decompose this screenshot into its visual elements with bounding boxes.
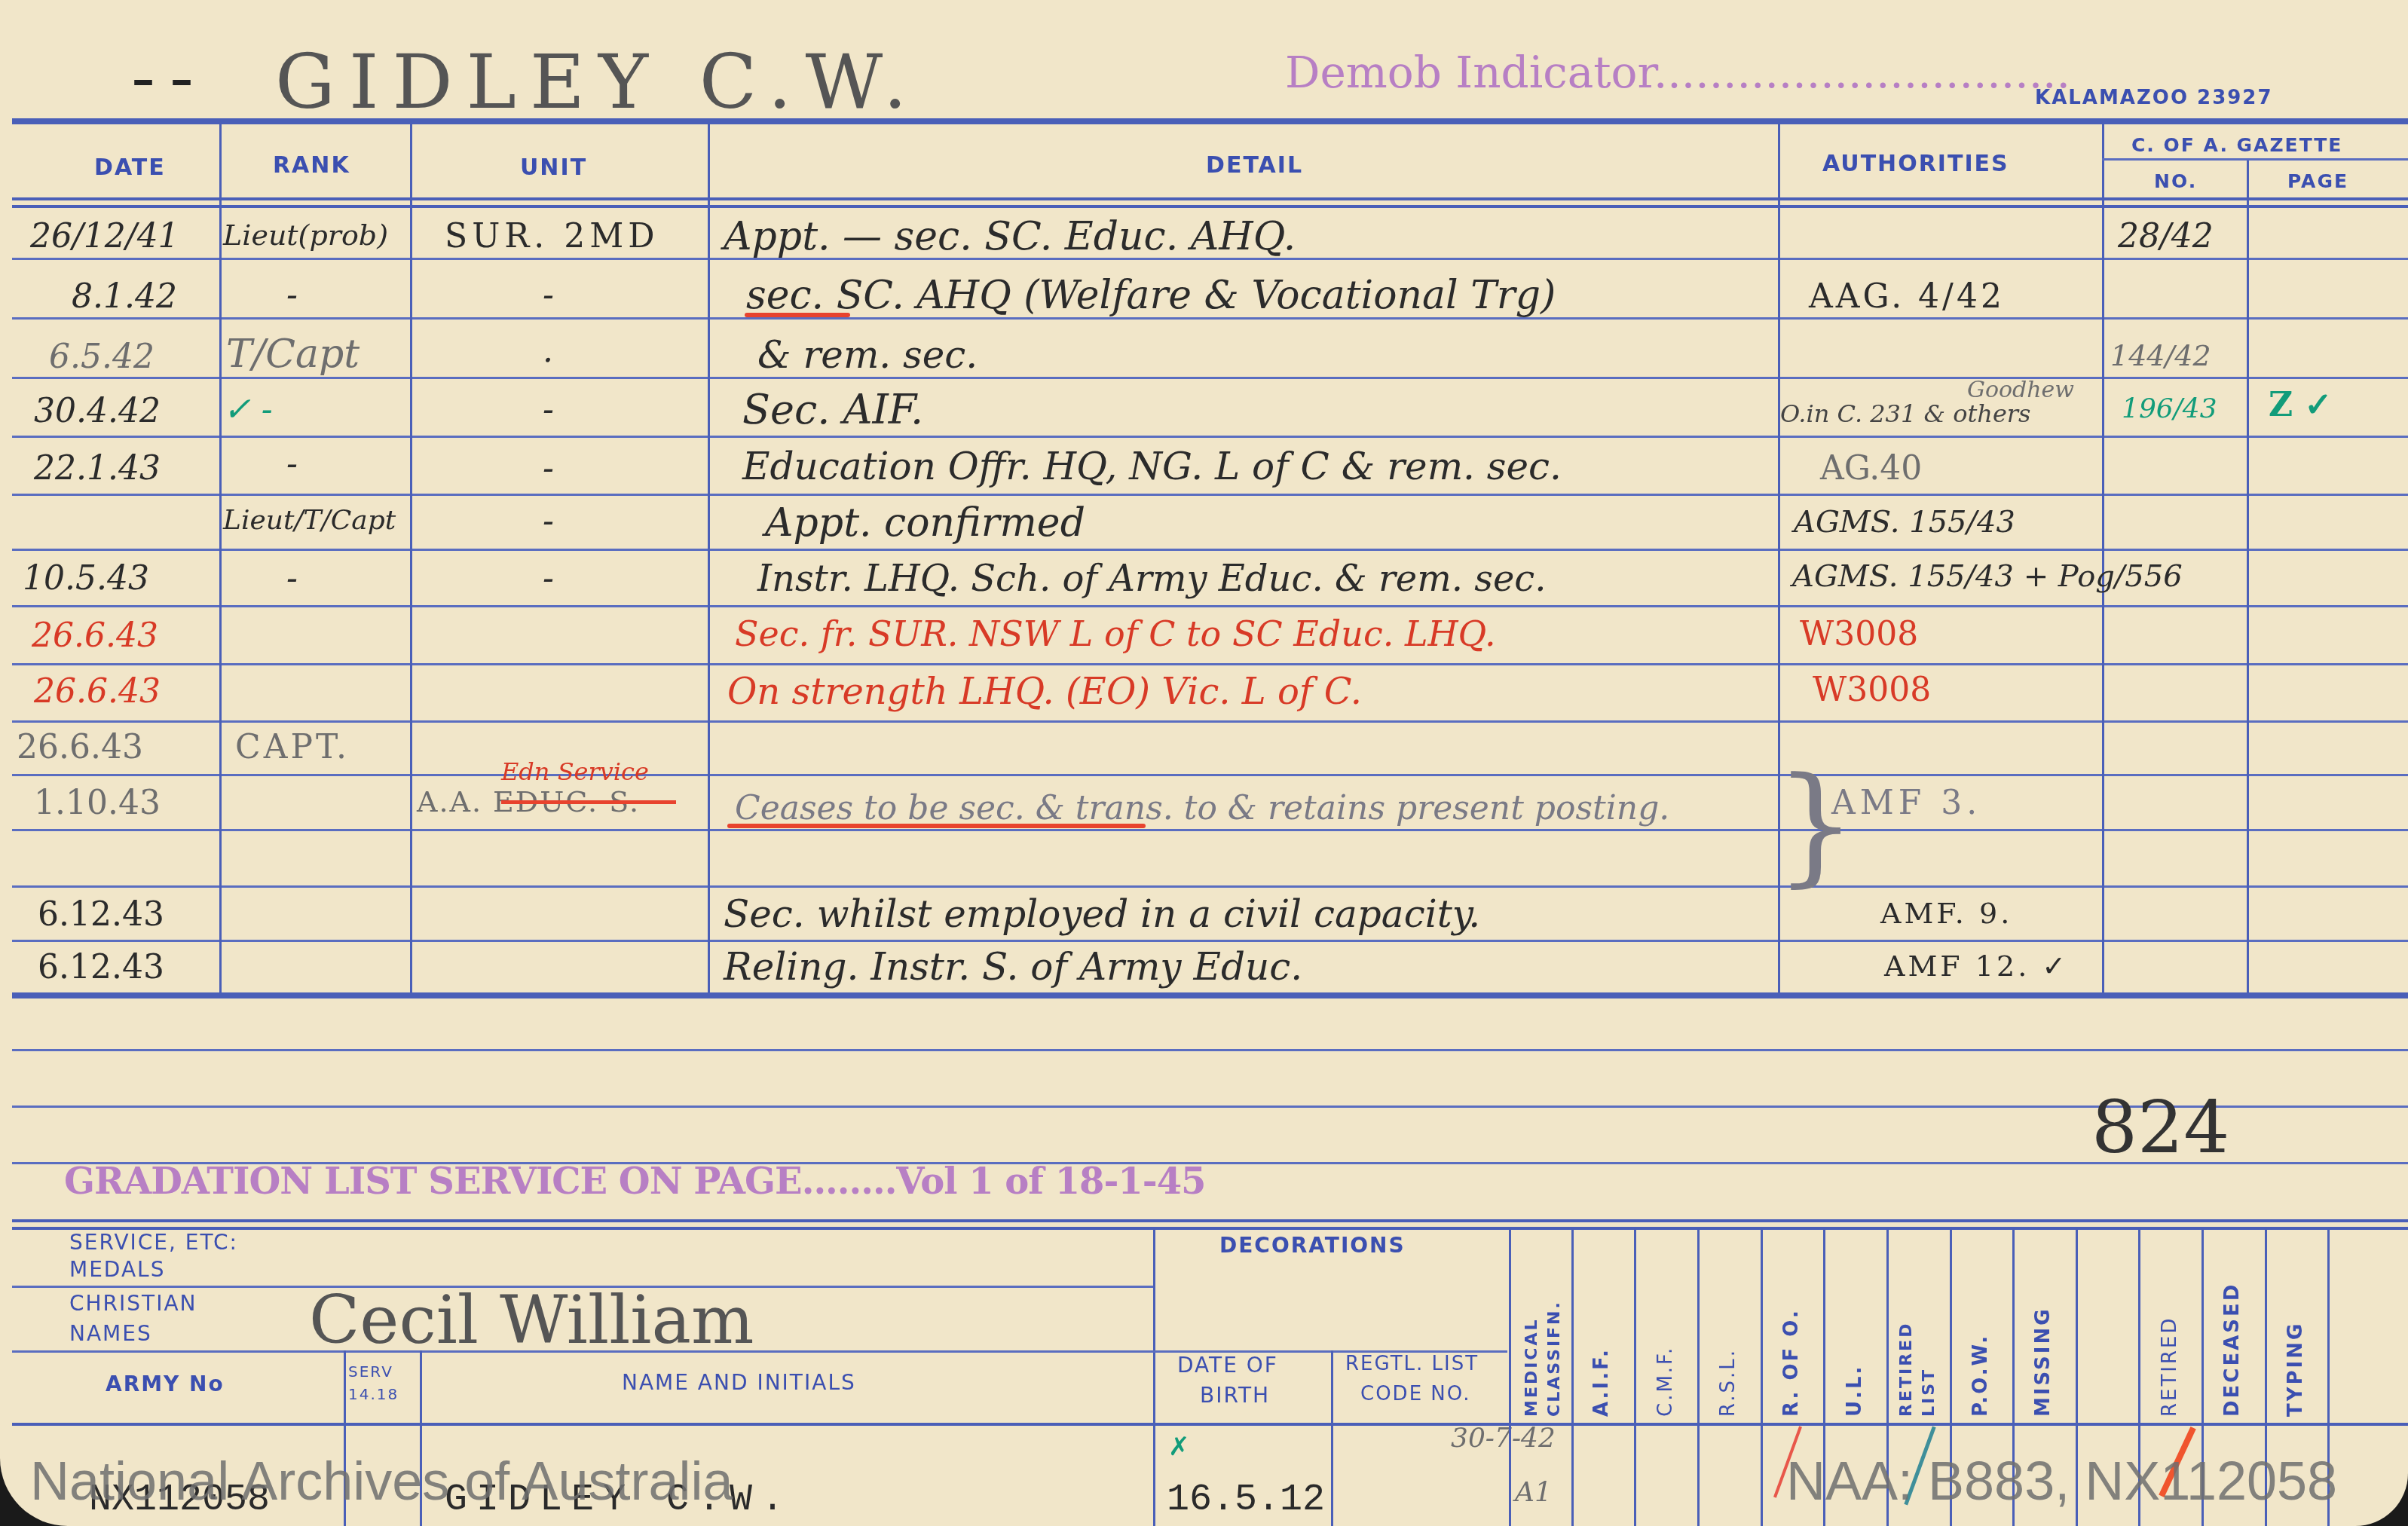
row-10-date: 26.6.43 [17,728,143,766]
row-line [12,494,2408,496]
row-13-date: 6.12.43 [38,948,164,986]
footer-value-line [12,1423,2408,1426]
gradation-list-stamp: GRADATION LIST SERVICE ON PAGE........Vo… [64,1161,1205,1203]
status-aif: A.I.F. [1590,1319,1613,1417]
table-bottom-border [12,992,2408,998]
row-1-date: 26/12/41 [30,217,179,255]
footer-divider-decorations [1153,1228,1155,1526]
header-gazette-page: PAGE [2287,170,2348,192]
demob-indicator-stamp: Demob Indicator.........................… [1285,47,2070,98]
status-deceased: DECEASED [2221,1263,2244,1417]
status-r-of-o: R. OF O. [1780,1296,1803,1417]
row-2-date: 8.1.42 [72,277,177,316]
header-bottom-line-2 [12,205,2408,208]
row-11-unit-correction: Edn Service [501,757,649,786]
row-11-bracket: } [1775,761,1856,889]
label-medals: MEDALS [69,1257,165,1282]
row-5-detail: Education Offr. HQ, NG. L of C & rem. se… [742,445,1562,488]
header-detail: DETAIL [1206,152,1303,179]
row-5-unit: - [543,449,554,488]
row-6-detail: Appt. confirmed [765,500,1085,546]
row-4-authority-note: Goodhew [1967,377,2074,403]
row-3-gazette-no: 144/42 [2110,339,2211,372]
row-1-unit: SUR. 2MD [445,217,659,255]
row-6-rank: Lieut/T/Capt [223,505,396,536]
row-line [12,940,2408,942]
status-typing: TYPING [2284,1289,2307,1417]
watermark-reference: NAA: B883, NX112058 [1786,1451,2337,1512]
row-2-unit: - [543,276,554,314]
row-3-date: 6.5.42 [49,338,155,376]
row-11-red-underline [727,824,1146,828]
row-9-authority: W3008 [1813,671,1931,709]
label-dob-2: BIRTH [1200,1383,1270,1408]
header-authorities: AUTHORITIES [1822,151,2009,177]
footer-top-line-1 [12,1219,2408,1222]
row-9-date: 26.6.43 [34,672,161,711]
row-1-detail: Appt. — sec. SC. Educ. AHQ. [724,214,1296,259]
row-1-rank: Lieut(prob) [223,219,388,252]
row-1-gazette-no: 28/42 [2118,217,2214,255]
row-12-detail: Sec. whilst employed in a civil capacity… [724,892,1480,936]
footer-top-line-2 [12,1227,2408,1230]
label-dob-1: DATE OF [1177,1353,1278,1378]
service-record-card: – – GIDLEY C.W. Demob Indicator.........… [0,0,2408,1526]
label-regtl-1: REGTL. LIST [1345,1353,1479,1375]
row-7-unit: - [543,559,554,598]
status-col-divider [1571,1228,1574,1526]
col-divider-rank-unit [410,121,412,995]
medical-class-value: A1 [1515,1477,1552,1508]
row-4-authority: O.in C. 231 & others [1780,399,2031,428]
row-5-date: 22.1.43 [34,449,161,488]
status-ul: U.L. [1843,1349,1866,1417]
status-col-divider [1697,1228,1700,1526]
row-line [12,885,2408,888]
row-line [12,605,2408,607]
label-service: SERVICE, ETC: [69,1230,238,1255]
surname-heading: GIDLEY C.W. [275,38,921,126]
row-11-date: 1.10.43 [34,784,161,822]
col-divider-unit-detail [708,121,710,995]
row-line [12,436,2408,438]
row-8-date: 26.6.43 [32,616,158,655]
row-4-rank-check: ✓ - [223,390,273,429]
status-col-divider [1634,1228,1636,1526]
row-7-detail: Instr. LHQ. Sch. of Army Educ. & rem. se… [757,558,1546,600]
status-col-divider [1761,1228,1763,1526]
status-missing: MISSING [2032,1274,2055,1417]
label-serv: SERV [348,1362,393,1381]
header-bottom-line-1 [12,197,2408,200]
row-7-rank: - [286,559,298,598]
footer-line-names [12,1350,1153,1353]
row-2-detail: sec. SC. AHQ (Welfare & Vocational Trg) [746,273,1556,318]
row-4-detail: Sec. AIF. [742,386,923,433]
row-8-authority: W3008 [1800,615,1918,653]
row-5-rank: - [286,445,298,483]
heading-dashes: – – [132,53,193,106]
lower-line [12,1106,2408,1108]
label-christian: CHRISTIAN [69,1291,197,1316]
row-11-authority: AMF 3. [1831,784,1981,822]
row-4-gazette-no: 196/43 [2122,393,2217,424]
lower-line [12,1049,2408,1051]
row-6-authority: AGMS. 155/43 [1794,505,2015,540]
row-4-gazette-page: Z ✓ [2269,386,2332,424]
row-11-unit-strike [501,800,676,804]
row-13-detail: Reling. Instr. S. of Army Educ. [724,945,1302,989]
medical-date-note: 30-7-42 [1451,1423,1556,1454]
status-col-divider [1509,1228,1511,1526]
row-4-date: 30.4.42 [34,392,161,430]
christian-names-value: Cecil William [309,1281,754,1359]
row-7-date: 10.5.43 [23,559,149,598]
header-gazette: C. OF A. GAZETTE [2131,134,2342,156]
label-serv-years: 14.18 [348,1385,399,1403]
label-decorations: DECORATIONS [1219,1233,1406,1258]
row-line [12,774,2408,776]
label-army-no: ARMY No [106,1372,225,1396]
row-5-authority: AG.40 [1820,449,1922,488]
label-names: NAMES [69,1321,152,1346]
label-regtl-2: CODE NO. [1360,1383,1470,1405]
status-cmf: C.M.F. [1654,1319,1677,1417]
status-rsl: R.S.L. [1717,1319,1739,1417]
row-2-rank: - [286,276,298,314]
label-name-initials: NAME AND INITIALS [622,1370,856,1395]
watermark-archives: National Archives of Australia [30,1451,733,1512]
row-line [12,549,2408,551]
row-7-authority: AGMS. 155/43 + Pog/556 [1792,559,2183,594]
row-13-authority: AMF 12. ✓ [1884,950,2069,983]
col-divider-gazette-no-page [2247,160,2249,995]
row-line [12,663,2408,665]
row-12-date: 6.12.43 [38,895,164,934]
row-3-rank: T/Capt [226,332,360,377]
printer-mark: KALAMAZOO 23927 [2035,87,2273,109]
gazette-subheader-line [2102,158,2408,161]
row-10-rank: CAPT. [235,728,350,766]
table-top-border [12,118,2408,124]
row-3-detail: & rem. sec. [757,333,978,377]
footer-divider-dob-regtl [1331,1350,1333,1526]
header-unit: UNIT [520,154,587,181]
row-9-detail: On strength LHQ. (EO) Vic. L of C. [727,671,1362,713]
status-medical-classifn: MEDICAL CLASSIFN. [1521,1274,1566,1417]
header-gazette-no: NO. [2154,170,2197,192]
row-4-unit: - [543,390,554,429]
row-6-unit: - [543,502,554,540]
row-12-authority: AMF. 9. [1880,897,2012,930]
row-8-detail: Sec. fr. SUR. NSW L of C to SC Educ. LHQ… [735,613,1496,654]
col-divider-date-rank [219,121,222,995]
status-retired-list: RETIRED LIST [1895,1302,1941,1417]
header-date: DATE [94,154,166,181]
col-divider-authorities-gazette [2102,121,2104,995]
page-number: 824 [2091,1085,2229,1170]
row-2-red-underline [745,313,850,317]
status-pow: P.O.W. [1969,1304,1992,1417]
dob-green-mark: ✗ [1168,1432,1190,1462]
header-rank: RANK [273,152,350,179]
status-retired: RETIRED [2159,1266,2181,1417]
row-line [12,720,2408,723]
row-2-authority: AAG. 4/42 [1809,277,2005,316]
row-3-unit: . [543,332,553,370]
date-of-birth-value: 16.5.12 [1167,1479,1325,1521]
